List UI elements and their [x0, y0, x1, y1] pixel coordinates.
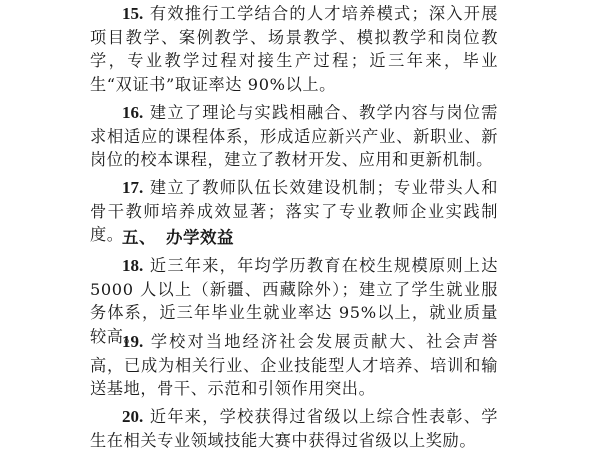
section-heading: 五、办学效益 [122, 226, 234, 250]
paragraph-number: 17. [122, 178, 143, 197]
paragraph-19: 19.学校对当地经济社会发展贡献大、社会声誉高，已成为相关行业、企业技能型人才培… [90, 330, 498, 401]
paragraph-20: 20.近年来，学校获得过省级以上综合性表彰、学生在相关专业领域技能大赛中获得过省… [90, 405, 498, 449]
section-number: 五、 [122, 228, 156, 247]
paragraph-number: 20. [122, 407, 143, 426]
paragraph-text: 建立了理论与实践相融合、教学内容与岗位需求相适应的课程体系，形成适应新兴产业、新… [90, 103, 498, 169]
paragraph-text: 有效推行工学结合的人才培养模式；深入开展项目教学、案例教学、场景教学、模拟教学和… [90, 4, 498, 94]
paragraph-15: 15.有效推行工学结合的人才培养模式；深入开展项目教学、案例教学、场景教学、模拟… [90, 2, 498, 96]
paragraph-16: 16.建立了理论与实践相融合、教学内容与岗位需求相适应的课程体系，形成适应新兴产… [90, 101, 498, 172]
paragraph-number: 19. [122, 332, 143, 351]
section-title: 办学效益 [166, 228, 234, 247]
paragraph-number: 15. [122, 4, 143, 23]
paragraph-number: 16. [122, 103, 143, 122]
paragraph-text: 学校对当地经济社会发展贡献大、社会声誉高，已成为相关行业、企业技能型人才培养、培… [90, 332, 498, 398]
paragraph-number: 18. [122, 256, 143, 275]
paragraph-text: 近年来，学校获得过省级以上综合性表彰、学生在相关专业领域技能大赛中获得过省级以上… [90, 407, 498, 449]
